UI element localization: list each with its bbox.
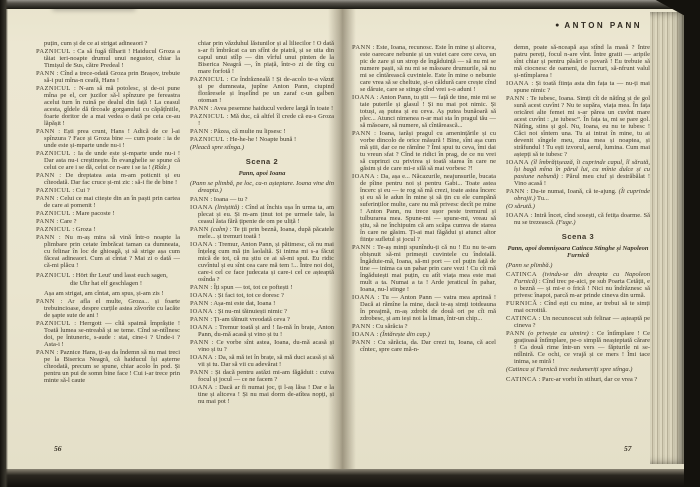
speaker-name: PAZNICUL	[190, 136, 225, 143]
speaker-name: PANN	[190, 369, 209, 376]
dialogue-paragraph: IOANA : Da, așa e... Năcazurile, neajuns…	[352, 173, 496, 243]
speaker-note: (îl îmbrățișează, îi cuprinde capul, îl …	[514, 159, 650, 180]
dialogue-paragraph: CATINCA : Un necunoscut sub felinar — aș…	[506, 315, 650, 329]
speaker-name: IOANA	[506, 159, 529, 166]
scene-heading: Scena 2	[190, 158, 334, 165]
dialogue-paragraph: PAZNICUL : Ia de unde este și-mparte und…	[36, 150, 180, 171]
dialogue-paragraph: PANN : Cu sărăcia, da. Dar crezi tu, Ioa…	[352, 339, 496, 353]
speaker-name: PAZNICUL	[36, 187, 71, 194]
speaker-name: PANN	[352, 323, 371, 330]
dialogue-paragraph: PANN : Care ?	[36, 218, 180, 225]
dialogue-paragraph: IOANA : Da, să mă iei în brațe, să mă du…	[190, 354, 334, 368]
dialogue-paragraph: PANN : Ți-am tăinuit vreodată ceva ?	[190, 316, 334, 323]
speaker-name: CATINCA	[506, 271, 537, 278]
dialogue-paragraph: PAZNICUL : Groza !	[36, 226, 180, 233]
speaker-name: PANN	[190, 196, 209, 203]
dialogue-paragraph: PANN : Cînd a trece-odată Groza prin Bra…	[36, 70, 180, 84]
dialogue-paragraph: PAZNICUL : Hört ihr Leut' und lasst euch…	[36, 272, 180, 279]
speaker-name: PANN	[506, 188, 525, 195]
stage-direction: (Pleacă spre stînga.)	[190, 144, 334, 151]
speaker-name: PANN	[190, 339, 209, 346]
speaker-name: PAZNICUL	[36, 48, 71, 55]
speaker-name: IOANA	[506, 212, 529, 219]
speaker-name: PANN	[36, 128, 55, 135]
dialogue-paragraph: IOANA : Intră încet, cînd sosești, că fe…	[506, 212, 650, 226]
dialogue-paragraph: PANN : Du-te numai, Ioană, că te-ajung. …	[506, 188, 650, 202]
scan-edge-top	[0, 0, 700, 9]
dialogue-paragraph: PAZNICUL : Ca să fugă tîlharii ! Haiducu…	[36, 48, 180, 69]
speaker-name: PANN	[36, 218, 55, 225]
header-title: ANTON PANN	[564, 21, 642, 30]
cast-list: Pann, apoi Ioana	[190, 170, 334, 177]
speaker-name: IOANA	[190, 324, 213, 331]
dialogue-paragraph: PANN : Așa-mi este dat, Ioana !	[190, 300, 334, 307]
dialogue-paragraph: IOANA : Dacă ar fi numai joc, ți l-aș lă…	[190, 384, 334, 405]
continuation-paragraph: Așa am strigat, am cîntat, am spus, și-a…	[36, 290, 180, 297]
speaker-name: IOANA	[190, 384, 213, 391]
dialogue-paragraph: PAZNICUL : He-he-he ! Noapte bună !	[190, 136, 334, 143]
stage-direction: (Pann se plimbă.)	[506, 262, 650, 269]
right-page-column-1: PANN : Este, Ioana, recunosc. Este în mi…	[352, 44, 496, 468]
dialogue-paragraph: IOANA : (Întărește din cap.)	[352, 331, 496, 338]
speaker-name: PANN	[352, 130, 371, 137]
dialogue-paragraph: PAZNICUL : Herrgott — cîtă spaimă împrăș…	[36, 320, 180, 348]
dialogue-paragraph: PANN : Nu m-aș mira să vină într-o noapt…	[36, 234, 180, 269]
dialogue-paragraph: IOANA : Și toată ființa asta din fața ta…	[506, 80, 650, 94]
speaker-name: FURNICĂ	[506, 300, 537, 307]
dialogue-paragraph: FURNICĂ : Cînd ești cu mine, ar trebui s…	[506, 300, 650, 314]
dialogue-paragraph: IOANA : Și faci tot, tot ce doresc ?	[190, 292, 334, 299]
book-scan: ●ANTON PANN puțin, cum și de ce ai strig…	[0, 0, 700, 487]
dialogue-paragraph: PANN : Ioana, iarăși pragul cu amenințăr…	[352, 130, 496, 172]
speaker-name: PANN	[36, 234, 55, 241]
speaker-name: IOANA	[506, 80, 529, 87]
right-page-column-2: demn, poate să-nceapă așa stînd la masă …	[506, 44, 650, 468]
speaker-name: PAZNICUL	[190, 113, 225, 120]
dialogue-paragraph: IOANA (îl îmbrățișează, îi cuprinde capu…	[506, 159, 650, 187]
speaker-name: IOANA	[352, 94, 375, 101]
dialogue-paragraph: CATINCA (ivindu-se din dreapta cu Napole…	[506, 271, 650, 299]
dialogue-paragraph: PANN : Te iubesc, Ioana. Simți cît de nă…	[506, 95, 650, 158]
dialogue-paragraph: PAZNICUL : N-am să mă potolesc, și de-oi…	[36, 85, 180, 127]
page-number-right: 57	[624, 444, 632, 453]
dialogue-paragraph: PAZNICUL : Mare pacoste !	[36, 210, 180, 217]
speaker-name: PANN	[36, 298, 55, 305]
dialogue-paragraph: PANN : Celui ce mai citește din an în pa…	[36, 195, 180, 209]
speaker-name: IOANA	[190, 292, 213, 299]
scene-heading: Scena 3	[506, 233, 650, 240]
speaker-name: PANN	[190, 128, 209, 135]
continuation-paragraph: demn, poate să-nceapă așa stînd la masă …	[506, 44, 650, 79]
speaker-name: IOANA	[352, 331, 375, 338]
speaker-name: PANN	[36, 195, 55, 202]
dialogue-paragraph: IOANA : Și nu-mi tăinuiești nimic ?	[190, 308, 334, 315]
dialogue-paragraph: PANN : Este, Ioana, recunosc. Este în mi…	[352, 44, 496, 93]
speaker-name: PAZNICUL	[36, 150, 71, 157]
dialogue-paragraph: PANN : Ar afla el multe, Groza... și foa…	[36, 298, 180, 319]
cast-list: Pann, apoi domnișoara Catinca Stinghe și…	[506, 245, 650, 259]
left-page-column-1: puțin, cum și de ce ai strigat adineaori…	[36, 40, 180, 464]
scan-edge-bottom	[0, 469, 700, 487]
left-page-column-2: chiar prin văzduhul lăstunilor și al lil…	[190, 40, 334, 464]
right-page-text: PANN : Este, Ioana, recunosc. Este în mi…	[352, 44, 650, 468]
dialogue-paragraph: IOANA (liniștită) : Cînd ai închis ușa î…	[190, 204, 334, 225]
header-bullet-icon: ●	[555, 22, 559, 29]
speaker-name: PANN	[506, 330, 525, 337]
continuation-paragraph: puțin, cum și de ce ai strigat adineaori…	[36, 40, 180, 47]
speaker-name: PAZNICUL	[36, 85, 71, 92]
dialogue-paragraph: PANN : Ești prea crunt, Hans ! Adică de …	[36, 128, 180, 149]
speaker-note: (liniștită)	[215, 204, 239, 211]
left-page-text: puțin, cum și de ce ai strigat adineaori…	[36, 40, 334, 464]
speaker-name: PAZNICUL	[36, 272, 71, 279]
dialogue-paragraph: PANN (o privește cu uimire) : Ce întîmpl…	[506, 330, 650, 365]
speaker-name: IOANA	[352, 173, 375, 180]
speaker-name: PANN	[190, 105, 209, 112]
right-page-edges	[650, 12, 686, 464]
dialogue-paragraph: PAZNICUL : Ce îndrăzneală ! Și de-acolo …	[190, 76, 334, 104]
speaker-name: PAZNICUL	[190, 76, 225, 83]
dialogue-paragraph: PANN : Cu sărăcia ?	[352, 323, 496, 330]
stage-direction: (Catinca și Furnică trec nedumeriți spre…	[506, 366, 650, 373]
running-header: ●ANTON PANN	[352, 21, 642, 30]
verse-line: die Uhr hat elf geschlagen !	[36, 280, 180, 287]
speaker-name: CATINCA	[506, 315, 537, 322]
speaker-name: PANN	[36, 172, 55, 179]
speaker-name: PANN	[36, 70, 55, 77]
speaker-name: PANN	[352, 244, 371, 251]
dialogue-paragraph: CATINCA : Parc-ar vorbi în stihuri, dar …	[506, 376, 650, 383]
speaker-name: IOANA	[190, 354, 213, 361]
speaker-name: IOANA	[190, 241, 213, 248]
speaker-name: IOANA	[190, 308, 213, 315]
dialogue-paragraph: PAZNICUL : Mă duc, că altfel îl crede că…	[190, 113, 334, 127]
speaker-name: PANN	[352, 44, 371, 51]
speaker-name: CATINCA	[506, 376, 537, 383]
speaker-name: PANN	[190, 226, 209, 233]
speaker-name: PANN	[190, 284, 209, 291]
speaker-name: PANN	[36, 349, 55, 356]
dialogue-paragraph: IOANA : Tu — Anton Pann — vatra mea apri…	[352, 294, 496, 322]
dialogue-paragraph: PANN : Paznice Hans, ți-aș da îndemn să …	[36, 349, 180, 384]
dialogue-paragraph: PANN : De dreptatea asta m-am poticnit ș…	[36, 172, 180, 186]
speaker-name: PAZNICUL	[36, 320, 71, 327]
dialogue-paragraph: IOANA : Anton Pann, tu știi — față de ti…	[352, 94, 496, 129]
speaker-note: (calm)	[211, 226, 228, 233]
speaker-name: PAZNICUL	[36, 210, 71, 217]
scan-edge-right	[684, 0, 700, 487]
dialogue-paragraph: IOANA : Tremur toată și ard ! Ia-mă în b…	[190, 324, 334, 338]
stage-direction: (Pann se plimbă, pe loc, ca-n așteptare.…	[190, 180, 334, 194]
page-number-left: 56	[54, 444, 62, 453]
continuation-paragraph: chiar prin văzduhul lăstunilor și al lil…	[190, 40, 334, 75]
dialogue-paragraph: PANN : Te-aș minți spunîndu-ți că nu ! E…	[352, 244, 496, 293]
dialogue-paragraph: PAZNICUL : Cui ?	[36, 187, 180, 194]
speaker-name: IOANA	[190, 204, 213, 211]
dialogue-paragraph: PANN : Ioana — tu ?	[190, 196, 334, 203]
speaker-name: PAZNICUL	[36, 226, 71, 233]
speaker-note: (o privește cu uimire)	[528, 330, 589, 337]
dialogue-paragraph: PANN : Și dacă pentru astăzi mi-am făgăd…	[190, 369, 334, 383]
speaker-name: PANN	[352, 339, 371, 346]
dialogue-paragraph: PANN : Ce vorbe sînt astea, Ioana, du-mă…	[190, 339, 334, 353]
dialogue-paragraph: PANN (calm) : Te ții prin beznă, Ioana, …	[190, 226, 334, 240]
speaker-name: PANN	[190, 316, 209, 323]
speaker-name: IOANA	[352, 294, 375, 301]
scan-edge-left	[0, 0, 8, 487]
dialogue-paragraph: IOANA : Tremur, Anton Pann, și pătimesc,…	[190, 241, 334, 283]
stage-direction: (O sărută.)	[506, 203, 650, 210]
dialogue-paragraph: PANN : Avea pesemne haiducul vedere larg…	[190, 105, 334, 112]
speaker-name: PANN	[506, 95, 525, 102]
speaker-name: PANN	[190, 300, 209, 307]
dialogue-paragraph: PANN : Îți spun — tot, tot ce poftești !	[190, 284, 334, 291]
dialogue-paragraph: PANN : Păzea, că multe nu lipsesc !	[190, 128, 334, 135]
